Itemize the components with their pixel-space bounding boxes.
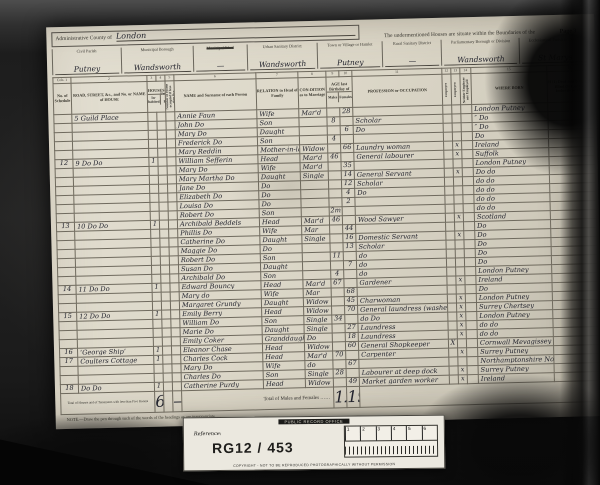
cell-road [76,279,151,281]
cell-condition: Single [305,325,332,332]
cell-age-female: 18 [347,332,356,340]
cell-relation: Head [262,308,303,316]
cell-occupation [356,209,445,211]
header-neither: Neither Employer nor Employed [460,74,472,105]
cell-relation: Wife [263,362,304,370]
cell-condition [300,140,327,141]
cell-age-female: 13 [345,242,354,250]
cell-condition [303,257,330,258]
cell-infirmity [548,115,593,116]
cell-rooms [171,319,180,328]
cell-infirmity [554,358,599,359]
cell-relation: Head [258,155,299,163]
district-field-label: Municipal Borough [123,47,190,53]
cell-infirmity [552,259,597,260]
cell-rooms [167,175,176,184]
cell-road [73,126,148,128]
cell-road [75,234,150,236]
census-table: Cols. 1 2 3 4 5 6 7 8 9 10 11 12 13 14 1… [52,64,600,415]
cell-age-male: 2m [330,207,341,215]
header-condition: CON-DITION as to Marriage [298,77,327,109]
cell-rooms [168,211,177,220]
cell-rooms [172,373,181,382]
cell-rooms [169,265,178,274]
cell-rooms [172,355,181,364]
cell-inhabited: 1 [156,346,160,354]
cell-rooms [167,184,176,193]
cell-inhabited: 1 [151,157,155,165]
cell-condition [303,275,330,276]
cell-road [78,333,153,335]
cell-occupation [356,227,445,229]
cell-condition: Mar'd [299,109,326,116]
cell-condition: Widow [300,145,327,152]
cell-inhabited: 1 [154,283,158,291]
cell-rooms [167,157,176,166]
cell-uninhabited [159,184,168,193]
cell-rooms [171,337,180,346]
cell-age-female: 2 [346,197,350,205]
cell-employed-mark: x [458,276,462,284]
cell-road [77,297,152,299]
cell-employer-mark: X [451,339,456,347]
reference-label: Reference: [194,431,222,437]
cell-rooms [171,310,180,319]
cell-infirmity [552,268,597,269]
cell-uninhabited [159,202,168,211]
cell-relation: Mother-in-law [258,146,299,154]
cell-relation: Wife [257,110,298,118]
county-value: London [116,26,356,42]
cell-occupation [354,137,443,139]
cell-age-male: 67 [333,279,342,287]
cell-uninhabited [160,238,169,247]
cell-condition: Mar [304,289,331,296]
cell-road [78,342,153,344]
cell-road [79,369,154,371]
cell-occupation [355,164,444,166]
header-houses: HOUSES In-habited Uninhabited (U.) or Bu… [147,81,166,112]
cell-schedule-no: 15 [63,312,72,320]
cell-road [76,261,151,263]
cell-uninhabited [162,310,171,319]
cell-uninhabited [158,148,167,157]
cell-age-male: 8 [331,117,335,125]
copyright-line: COPYRIGHT - NOT TO BE REPRODUCED PHOTOGR… [184,462,444,469]
cell-condition: Do [305,334,332,341]
cell-uninhabited [158,175,167,184]
cell-employed-mark: x [457,231,461,239]
district-field-label: Parliamentary Borough or Division [444,39,517,45]
cell-age-male: 28 [335,369,344,377]
cell-rooms [169,238,178,247]
cell-age-female: 16 [345,233,354,241]
district-field: Ecclesiastical Parish or District St Mar… [520,36,591,64]
header-name: NAME and Surname of each Person [174,79,257,112]
cell-condition: Single [306,370,333,377]
cell-condition: Mar'd [303,280,330,287]
cell-relation: Daught [258,128,299,136]
cell-road [73,135,148,137]
cell-relation: Do [259,200,300,208]
cell-infirmity [551,232,596,233]
cell-relation: Son [264,371,305,379]
females-total: 19 [347,387,360,406]
cell-infirmity [553,313,598,314]
cell-relation: Granddaught [263,335,304,343]
cell-relation: Son [258,137,299,145]
district-field-value: Putney [55,64,119,76]
page-number: Page 3 [559,28,590,35]
cell-road [77,324,152,326]
cell-age-female: 4 [346,188,350,196]
cell-age-female: 44 [345,224,354,232]
cell-uninhabited [162,346,171,355]
cell-relation: Head [263,353,304,361]
cell-uninhabited [160,229,169,238]
cell-employed-mark: x [460,330,464,338]
cell-infirmity [555,367,600,368]
cell-uninhabited [161,274,170,283]
cell-infirmity [552,241,597,242]
cell-rooms [172,364,181,373]
district-field-label: Ecclesiastical Parish or District [522,37,588,43]
county-label: Administrative County of [55,35,112,42]
district-field-value: — [385,56,440,67]
cell-infirmity [550,178,595,179]
cell-relation: Daught [259,173,300,181]
cell-inhabited: 1 [156,355,160,363]
cell-rooms [166,139,175,148]
cell-condition: do [305,361,332,368]
district-field: Urban Sanitary District Wandsworth [247,43,318,71]
cell-rooms [168,220,177,229]
cell-employed-mark: x [455,150,459,158]
males-females-total-label: Total of Males and Females …… [182,387,334,412]
cell-uninhabited [159,193,168,202]
district-field: Municipal Borough Wandsworth [121,46,194,74]
males-total: 12 [334,387,347,406]
cell-infirmity [551,205,596,206]
reference-number: RG12 / 453 [212,439,294,456]
cell-employed-mark: x [461,375,465,383]
cell-age-female: 14 [344,170,353,178]
district-field-value: Wandsworth [250,59,316,71]
cell-age-female: 66 [343,143,352,151]
header-where-born: WHERE BORN [471,72,548,105]
cell-infirmity [553,295,598,296]
census-rows: 5 Guild Place Annie Faun Wife Mar'd 28 L… [54,102,600,394]
cell-inhabited: 1 [155,310,159,318]
cell-condition: Widow [304,298,331,305]
cell-relation: Head [263,344,304,352]
cell-age-female: 49 [349,377,358,385]
cell-road [73,153,148,155]
district-field-value: — [196,61,245,72]
cell-infirmity [552,250,597,251]
cell-relation: Son [261,272,302,280]
cell-relation: Daught [262,299,303,307]
district-field-value: Putney [320,57,380,68]
record-office-label: PUBLIC RECORD OFFICE [278,419,349,425]
cell-condition: Mar'd [302,217,329,224]
cell-schedule-no: 12 [60,159,69,167]
cell-uninhabited [157,112,166,121]
district-field: Town or Village or Hamlet Putney [318,41,384,69]
cell-condition: Single [301,172,328,179]
cell-rooms [171,328,180,337]
cell-employed-mark: x [459,312,463,320]
cell-uninhabited [160,265,169,274]
cell-rooms [170,292,179,301]
header-relation: RELATION to Head of Family [256,78,299,110]
cell-condition: Widow [305,343,332,350]
cell-employed-mark: x [460,348,464,356]
cell-road [77,306,152,308]
cell-schedule-no: 17 [64,357,73,365]
cell-infirmity [552,277,597,278]
cell-rooms [166,130,175,139]
cell-age-male: 70 [335,351,344,359]
cell-infirmity [554,349,599,350]
cell-road [75,243,150,245]
cell-uninhabited [158,157,167,166]
ruler-number: 6 [421,426,436,440]
cell-relation: Son [257,119,298,127]
cell-infirmity [549,151,594,152]
census-page: Administrative County of London The unde… [46,14,600,429]
cell-age-male: 4 [332,135,336,143]
cell-infirmity [549,124,594,125]
cell-road [75,207,150,209]
cell-age-male: 46 [332,216,341,224]
cell-uninhabited [161,283,170,292]
cell-condition [303,248,330,249]
cell-age-male: 34 [334,315,343,323]
district-field-label: Civil Parish [55,49,119,55]
cell-condition [300,122,327,123]
cell-uninhabited [162,328,171,337]
cell-uninhabited [162,319,171,328]
cell-employed-mark: x [459,303,463,311]
district-field-label: Urban Sanitary District [249,44,315,50]
cell-road [79,378,154,380]
cell-rooms [170,301,179,310]
cell-uninhabited [163,373,172,382]
cell-uninhabited [160,256,169,265]
cell-infirmity [551,223,596,224]
cell-employed-mark: x [460,321,464,329]
cell-age-female: 27 [347,323,356,331]
cell-condition: Widow [306,379,333,386]
rooms-total-value: — [173,391,182,410]
cell-condition: Mar'd [301,163,328,170]
cell-uninhabited [163,355,172,364]
cell-occupation [359,362,448,364]
header-uninhabited: Uninhabited (U.) or Building (B.) [159,94,165,104]
cell-age-female: 12 [344,179,353,187]
cell-schedule-no: 14 [63,285,72,293]
ruler-number: 2 [360,426,375,440]
header-females: Females [338,92,352,102]
cell-road [74,198,149,200]
cell-relation: Daught [261,263,302,271]
cell-employed-mark: x [461,366,465,374]
cell-condition: Mar'd [305,352,332,359]
cell-condition: Mar'd [300,154,327,161]
cell-road [74,171,149,173]
cell-relation: Wife [262,290,303,298]
cell-schedule-no: 18 [65,384,74,392]
cell-uninhabited [158,166,167,175]
cell-inhabited: 1 [157,382,161,390]
cell-condition: Single [302,235,329,242]
cell-rooms [167,148,176,157]
district-field-value: Wandsworth [444,54,517,66]
header-rooms: Number of rooms occupied if less than fi… [165,81,175,112]
district-field-value: St Marys [522,52,588,64]
ruler-number: 1 [345,427,360,441]
cell-infirmity [554,340,599,341]
cell-infirmity [554,331,599,332]
cell-age-female: 35 [343,161,352,169]
cell-schedule-no: 13 [61,222,70,230]
cell-age-male: 11 [332,252,341,260]
cell-uninhabited [157,130,166,139]
cell-condition [302,203,329,204]
district-field: Parliamentary Borough or Division Wandsw… [442,38,521,66]
district-field-label: Municipal Ward [196,46,245,52]
cell-rooms [169,256,178,265]
cell-condition [300,131,327,132]
cell-rooms [170,274,179,283]
cell-relation: Head [260,218,301,226]
cell-relation: Do [261,245,302,253]
cell-infirmity [555,376,600,377]
cell-infirmity [550,169,595,170]
cell-employed-mark: x [456,168,460,176]
cell-condition: Widow [304,307,331,314]
cell-relation: Son [261,254,302,262]
cell-condition [301,194,328,195]
cell-age-female: 6 [345,125,349,133]
ruler-number: 5 [406,426,421,440]
cell-road [76,252,151,254]
header-inhabited: In-habited [148,95,160,105]
cell-road [75,216,150,218]
cell-age-female: 67 [348,359,357,367]
cell-age-female: 70 [347,305,356,313]
cell-age-female: 68 [346,287,355,295]
cell-rooms [169,229,178,238]
cell-infirmity [550,196,595,197]
cell-infirmity [550,160,595,161]
cell-uninhabited [161,292,170,301]
district-field: Civil Parish Putney [52,48,122,76]
header-schedule: No. of Schedule [53,83,72,114]
cell-condition: Mar [302,226,329,233]
cell-condition [302,212,329,213]
cell-uninhabited [163,364,172,373]
cell-road [76,270,151,272]
cell-road [74,189,149,191]
district-field: Rural Sanitary District — [383,40,443,67]
cell-rooms [170,283,179,292]
cell-infirmity [553,286,598,287]
cell-road [74,180,149,182]
district-field-label: Town or Village or Hamlet [320,42,380,48]
cell-uninhabited [161,301,170,310]
cell-rooms [169,247,178,256]
cell-infirmity [553,304,598,305]
cell-infirmity [551,214,596,215]
header-road: ROAD, STREET, &c., and No. or NAME of HO… [71,81,148,114]
cell-uninhabited [162,337,171,346]
cell-rooms [166,121,175,130]
cell-condition [303,266,330,267]
cell-age-female: 60 [348,341,357,349]
cell-inhabited: 1 [153,220,157,228]
cell-infirmity [549,133,594,134]
cell-rooms [166,112,175,121]
cell-age-female: 7 [348,260,352,268]
cell-rooms [168,193,177,202]
district-field-value: Wandsworth [124,62,192,74]
cell-infirmity [548,106,593,107]
district-field-label: Rural Sanitary District [385,41,439,47]
cell-age-male: 4 [335,270,339,278]
cell-condition [301,185,328,186]
cell-infirmity [549,142,594,143]
cell-uninhabited [159,211,168,220]
cell-rooms [167,166,176,175]
header-occupation: PROFESSION or OCCUPATION [352,74,443,107]
cell-relation: Do [259,182,300,190]
district-field: Municipal Ward — [194,44,248,71]
header-males: Males [327,92,339,102]
cell-rooms [171,346,180,355]
cell-uninhabited [159,220,168,229]
cell-relation: Son [262,317,303,325]
ruler-number: 3 [375,426,390,440]
cell-uninhabited [163,382,172,391]
cell-infirmity [550,187,595,188]
cell-rooms [172,382,181,391]
cell-relation: Son [260,209,301,217]
cell-uninhabited [160,247,169,256]
cell-occupation [353,110,442,112]
cell-employed-mark: x [457,213,461,221]
houses-total-label: Total of Houses and of Tenements with le… [61,391,155,414]
archive-reference-plate: PUBLIC RECORD OFFICE Reference: RG12 / 4… [183,415,446,472]
cell-relation: Head [261,281,302,289]
cell-employed-mark: x [459,294,463,302]
houses-total-value: 6 [155,392,164,411]
cell-infirmity [554,322,599,323]
cell-relation: Daught [263,326,304,334]
cell-schedule-no: 16 [64,348,73,356]
cell-employed-mark: x [455,141,459,149]
header-age: AGE last Birthday of Males Females [326,76,353,108]
cell-road [73,144,148,146]
cell-age-female: 28 [342,107,351,115]
cell-age-female: 45 [347,296,356,304]
ruler-cm-scale [345,446,437,455]
cell-relation: Head [264,380,305,388]
cell-relation: Do [259,191,300,199]
cell-rooms [168,202,177,211]
cell-relation: Daught [260,236,301,244]
